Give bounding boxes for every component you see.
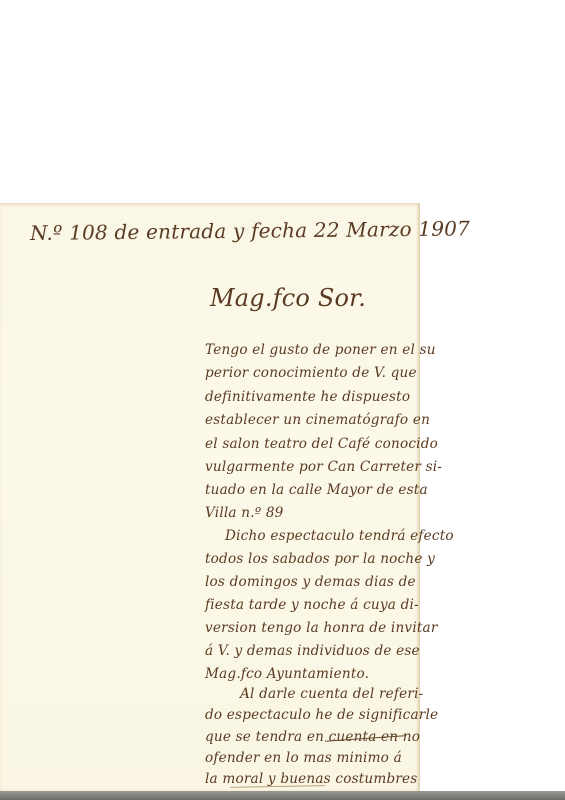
body-line: establecer un cinematógrafo en bbox=[205, 412, 430, 428]
body-line: todos los sabados por la noche y bbox=[205, 551, 435, 567]
body-line: definitivamente he dispuesto bbox=[205, 389, 410, 405]
body-line: Al darle cuenta del referi- bbox=[240, 686, 423, 702]
body-line: Tengo el gusto de poner en el su bbox=[205, 342, 436, 358]
salutation: Mag.fco Sor. bbox=[210, 284, 366, 312]
body-line: vulgarmente por Can Carreter si- bbox=[205, 459, 442, 475]
body-line: Villa n.º 89 bbox=[205, 505, 284, 521]
body-line: Dicho espectaculo tendrá efecto bbox=[225, 528, 454, 544]
body-line: do espectaculo he de significarle bbox=[205, 707, 438, 723]
body-line: tuado en la calle Mayor de esta bbox=[205, 482, 428, 498]
body-line: los domingos y demas dias de bbox=[205, 574, 416, 590]
body-line: perior conocimiento de V. que bbox=[205, 365, 417, 381]
registry-header: N.º 108 de entrada y fecha 22 Marzo 1907 bbox=[30, 216, 470, 245]
body-line: el salon teatro del Café conocido bbox=[205, 436, 438, 452]
body-line: version tengo la honra de invitar bbox=[205, 620, 438, 636]
scanner-edge bbox=[0, 791, 565, 800]
body-line: ofender en lo mas minimo á bbox=[205, 750, 402, 766]
body-line: Mag.fco Ayuntamiento. bbox=[205, 666, 369, 682]
body-line: á V. y demas individuos de ese bbox=[205, 643, 420, 659]
body-line: fiesta tarde y noche á cuya di- bbox=[205, 597, 419, 613]
